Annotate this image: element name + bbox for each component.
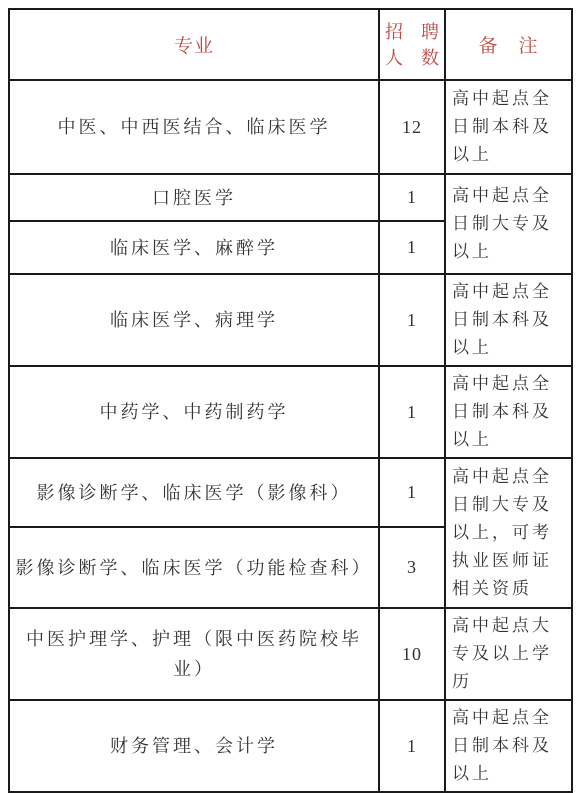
count-cell: 1 (379, 174, 445, 221)
major-cell: 中医、中西医结合、临床医学 (9, 80, 379, 174)
column-header-major: 专业 (9, 9, 379, 80)
column-header-count: 招 聘 人 数 (379, 9, 445, 80)
note-cell: 高中起点全日制本科及以上 (445, 274, 572, 366)
note-cell: 高中起点全日制本科及以上 (445, 700, 572, 792)
count-cell: 10 (379, 608, 445, 700)
major-cell: 影像诊断学、临床医学（功能检查科） (9, 527, 379, 608)
table-body: 中医、中西医结合、临床医学12高中起点全日制本科及以上口腔医学1高中起点全日制大… (9, 80, 572, 792)
major-cell: 临床医学、病理学 (9, 274, 379, 366)
major-cell: 财务管理、会计学 (9, 700, 379, 792)
major-cell: 中医护理学、护理（限中医药院校毕业） (9, 608, 379, 700)
count-cell: 1 (379, 221, 445, 274)
table-row: 中药学、中药制药学1高中起点全日制本科及以上 (9, 366, 572, 458)
table-row: 中医、中西医结合、临床医学12高中起点全日制本科及以上 (9, 80, 572, 174)
note-cell: 高中起点全日制大专及以上 (445, 174, 572, 274)
count-cell: 1 (379, 458, 445, 527)
major-cell: 口腔医学 (9, 174, 379, 221)
major-cell: 临床医学、麻醉学 (9, 221, 379, 274)
major-cell: 影像诊断学、临床医学（影像科） (9, 458, 379, 527)
count-cell: 1 (379, 274, 445, 366)
recruitment-table-container: 专业 招 聘 人 数 备 注 中医、中西医结合、临床医学12高中起点全日制本科及… (8, 8, 573, 793)
header-row: 专业 招 聘 人 数 备 注 (9, 9, 572, 80)
note-cell: 高中起点大专及以上学历 (445, 608, 572, 700)
table-row: 财务管理、会计学1高中起点全日制本科及以上 (9, 700, 572, 792)
table-row: 临床医学、病理学1高中起点全日制本科及以上 (9, 274, 572, 366)
note-cell: 高中起点全日制本科及以上 (445, 366, 572, 458)
count-cell: 1 (379, 700, 445, 792)
column-header-note: 备 注 (445, 9, 572, 80)
count-cell: 3 (379, 527, 445, 608)
major-cell: 中药学、中药制药学 (9, 366, 379, 458)
table-header: 专业 招 聘 人 数 备 注 (9, 9, 572, 80)
count-cell: 12 (379, 80, 445, 174)
note-cell: 高中起点全日制本科及以上 (445, 80, 572, 174)
table-row: 口腔医学1高中起点全日制大专及以上 (9, 174, 572, 221)
note-cell: 高中起点全日制大专及以上，可考执业医师证相关资质 (445, 458, 572, 608)
table-row: 影像诊断学、临床医学（影像科）1高中起点全日制大专及以上，可考执业医师证相关资质 (9, 458, 572, 527)
recruitment-table: 专业 招 聘 人 数 备 注 中医、中西医结合、临床医学12高中起点全日制本科及… (8, 8, 573, 793)
count-cell: 1 (379, 366, 445, 458)
table-row: 中医护理学、护理（限中医药院校毕业）10高中起点大专及以上学历 (9, 608, 572, 700)
